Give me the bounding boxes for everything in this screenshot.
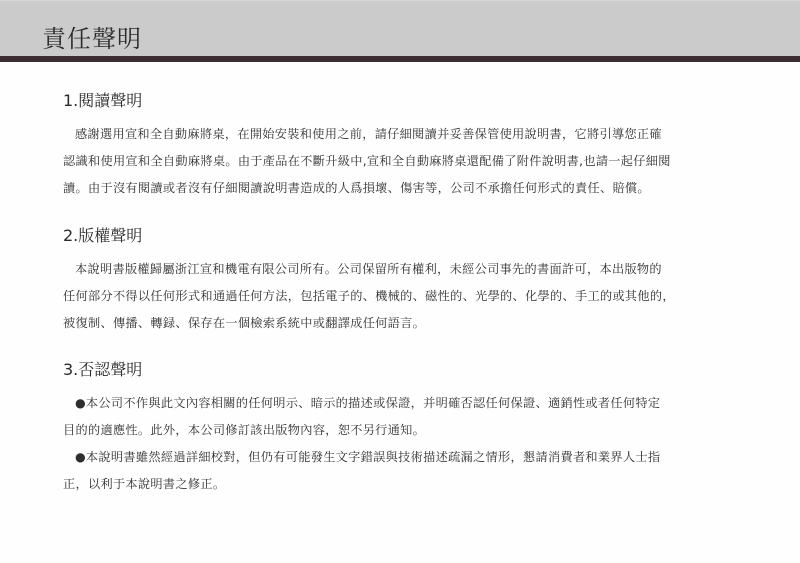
body-line: 感謝選用宣和全自動麻將桌，在開始安裝和使用之前，請仔細閱讀并妥善保管使用說明書，… — [63, 121, 683, 148]
section-disclaimer-statement: 3.否認聲明 ●本公司不作與此文內容相關的任何明示、暗示的描述或保證，并明確否認… — [63, 360, 683, 498]
section-body: 感謝選用宣和全自動麻將桌，在開始安裝和使用之前，請仔細閱讀并妥善保管使用說明書，… — [63, 121, 683, 202]
section-heading: 3.否認聲明 — [63, 360, 683, 380]
body-line: 正，以利于本說明書之修正。 — [63, 471, 683, 498]
section-copyright-statement: 2.版權聲明 本說明書版權歸屬浙江宣和機電有限公司所有。公司保留所有權利，未經公… — [63, 226, 683, 337]
section-body: ●本公司不作與此文內容相關的任何明示、暗示的描述或保證，并明確否認任何保證、適銷… — [63, 390, 683, 498]
page-title: 責任聲明 — [42, 24, 142, 54]
section-reading-statement: 1.閱讀聲明 感謝選用宣和全自動麻將桌，在開始安裝和使用之前，請仔細閱讀并妥善保… — [63, 91, 683, 202]
body-line: 認識和使用宣和全自動麻將桌。由于產品在不斷升級中,宣和全自動麻將桌還配備了附件說… — [63, 148, 683, 175]
header-divider — [0, 56, 800, 62]
bullet-line: ●本說明書雖然經過詳細校對，但仍有可能發生文字錯誤與技術描述疏漏之情形，懇請消費… — [63, 444, 683, 471]
body-line: 本說明書版權歸屬浙江宣和機電有限公司所有。公司保留所有權利，未經公司事先的書面許… — [63, 256, 683, 283]
body-line: 目的的適應性。此外，本公司修訂該出版物內容，恕不另行通知。 — [63, 417, 683, 444]
bullet-line: ●本公司不作與此文內容相關的任何明示、暗示的描述或保證，并明確否認任何保證、適銷… — [63, 390, 683, 417]
body-line: 任何部分不得以任何形式和通過任何方法，包括電子的、機械的、磁性的、光學的、化學的… — [63, 283, 683, 310]
section-heading: 1.閱讀聲明 — [63, 91, 683, 111]
section-heading: 2.版權聲明 — [63, 226, 683, 246]
body-line: 被復制、傳播、轉録、保存在一個檢索系統中或翻譯成任何語言。 — [63, 310, 683, 337]
section-body: 本說明書版權歸屬浙江宣和機電有限公司所有。公司保留所有權利，未經公司事先的書面許… — [63, 256, 683, 337]
body-line: 讀。由于沒有閱讀或者沒有仔細閱讀說明書造成的人爲損壞、傷害等，公司不承擔任何形式… — [63, 175, 683, 202]
